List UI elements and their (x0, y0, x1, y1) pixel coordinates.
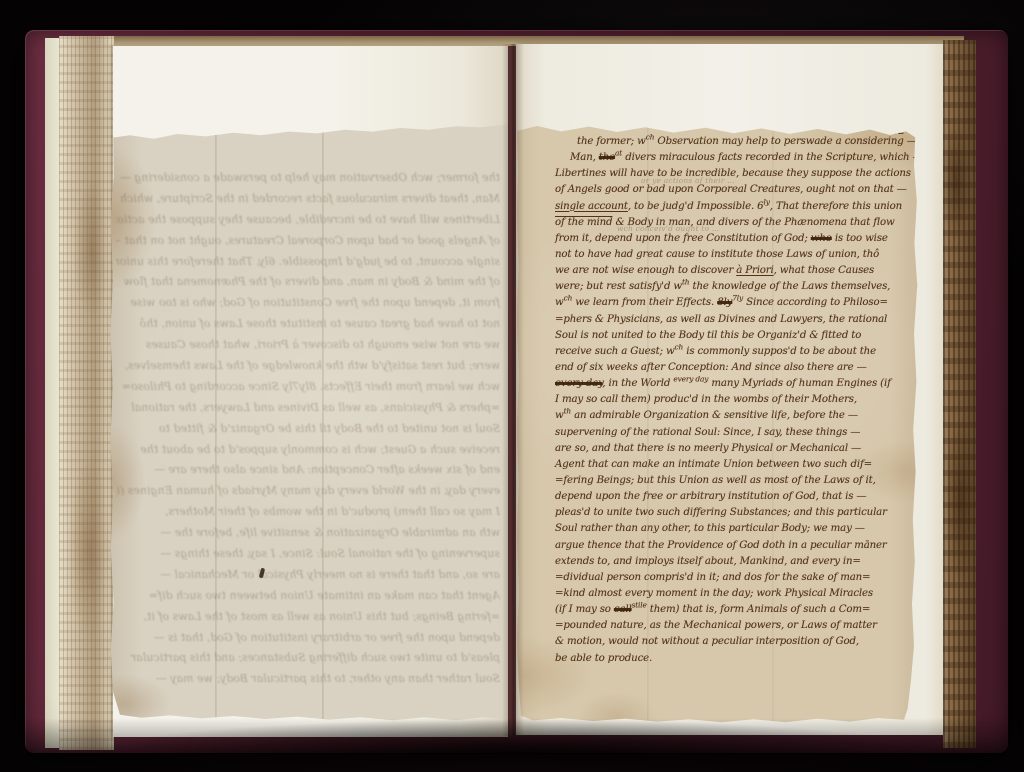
manuscript-line: pleas'd to unite two such differing Subs… (555, 505, 915, 521)
manuscript-line: (if I may so callstile them) that is, fo… (555, 602, 915, 618)
manuscript-line: Agent that can make an intimate Union be… (555, 457, 915, 473)
fold-crease (215, 122, 217, 722)
photo-backdrop: the former; wch Observation may help to … (0, 0, 1024, 772)
gutter-shadow (502, 44, 524, 736)
showthrough-line: end of six weeks after Conception: And s… (116, 460, 500, 481)
showthrough-line: wth an admirable Organization & sensitiv… (116, 523, 500, 544)
fold-crease (322, 122, 324, 722)
manuscript-line: I may so call them) produc'd in the womb… (555, 392, 915, 408)
showthrough-line: pleas'd to unite two such differing Subs… (116, 648, 500, 669)
manuscript-line: extends to, and imploys itself about, Ma… (555, 554, 915, 570)
showthrough-line: Soul rather than any other, to this part… (116, 669, 500, 690)
manuscript-line: =phers & Physicians, as well as Divines … (555, 312, 915, 328)
manuscript-line: =kind almost every moment in the day; wo… (555, 586, 915, 602)
manuscript-text: the former; wch Observation may help to … (555, 134, 915, 667)
manuscript-line: were; but rest satisfy'd wth the knowled… (555, 279, 915, 295)
showthrough-line: =phers & Physicians, as well as Divines … (116, 398, 500, 419)
manuscript-leaf-left: the former; wch Observation may help to … (110, 122, 508, 722)
manuscript-line: supervening of the rational Soul: Since,… (555, 425, 915, 441)
manuscript-line: Libertines will have to be incredible, b… (555, 166, 915, 182)
manuscript-line: Man, theat divers miraculous facts recor… (555, 150, 915, 166)
showthrough-line: are so, and that there is no meerly Phys… (116, 565, 500, 586)
fold-crease (772, 123, 774, 724)
endpaper-edge (45, 38, 60, 748)
showthrough-line: Soul is not united to the Body til this … (116, 419, 500, 440)
manuscript-line: we are not wise enough to discover à Pri… (555, 263, 915, 279)
showthrough-line: single account, to be judg'd Impossible.… (116, 252, 500, 273)
showthrough-line: every day, in the World every day many M… (116, 481, 500, 502)
showthrough-line: supervening of the rational Soul: Since,… (116, 544, 500, 565)
manuscript-line: of the mind & Body in man, and divers of… (555, 215, 915, 231)
manuscript-line: the former; wch Observation may help to … (555, 134, 915, 150)
showthrough-text: the former; wch Observation may help to … (116, 168, 500, 712)
interlinear-insertion: wch conceiv'd ought to … (617, 224, 720, 233)
manuscript-line: =dividual person compris'd in it; and do… (555, 570, 915, 586)
showthrough-line: =fering Beings; but this Union as well a… (116, 607, 500, 628)
manuscript-line: Soul rather than any other, to this part… (555, 521, 915, 537)
showthrough-line: Man, theat divers miraculous facts recor… (116, 189, 500, 210)
showthrough-line: wch we learn from their Effects. 8ly7ly … (116, 377, 500, 398)
manuscript-line: Soul is not united to the Body til this … (555, 328, 915, 344)
manuscript-line: every day, in the World every day many M… (555, 376, 915, 392)
showthrough-line: Libertines will have to be incredible, b… (116, 210, 500, 231)
bottom-shadow (25, 718, 1008, 754)
fold-crease (647, 123, 649, 724)
manuscript-line: & motion, would not without a peculiar i… (555, 634, 915, 650)
fore-edge-stack-left (59, 36, 114, 750)
showthrough-line: the former; wch Observation may help to … (116, 168, 500, 189)
manuscript-line: =pounded nature, as the Mechanical power… (555, 618, 915, 634)
manuscript-line: wth an admirable Organization & sensitiv… (555, 408, 915, 424)
showthrough-line: we are not wise enough to discover à Pri… (116, 335, 500, 356)
showthrough-line: receive such a Guest; wch is commonly su… (116, 440, 500, 461)
manuscript-line: are so, and that there is no meerly Phys… (555, 441, 915, 457)
showthrough-line: from it, depend upon the free Constituti… (116, 293, 500, 314)
manuscript-line: be able to produce. (555, 651, 915, 667)
manuscript-line: depend upon the free or arbitrary instit… (555, 489, 915, 505)
showthrough-line: Agent that can make an intimate Union be… (116, 586, 500, 607)
manuscript-line: of Angels good or bad upon Corporeal Cre… (555, 182, 915, 198)
manuscript-line: argue thence that the Providence of God … (555, 538, 915, 554)
manuscript-line: receive such a Guest; wch is commonly su… (555, 344, 915, 360)
manuscript-line: from it, depend upon the free Constituti… (555, 231, 915, 247)
interlinear-insertion: or ye actions of their … (641, 176, 735, 185)
manuscript-line: single account, to be judg'd Impossible.… (555, 199, 915, 215)
showthrough-line: of the mind & Body in man, and divers of… (116, 272, 500, 293)
showthrough-line: were; but rest satisfy'd wth the knowled… (116, 356, 500, 377)
manuscript-line: not to have had great cause to institute… (555, 247, 915, 263)
manuscript-leaf-right: 62 the former; wch Observation may help … (517, 123, 918, 724)
showthrough-line: of Angels good or bad upon Corporeal Cre… (116, 231, 500, 252)
manuscript-line: wch we learn from their Effects. 8ly7ly … (555, 295, 915, 311)
showthrough-line: I may so call them) produc'd in the womb… (116, 502, 500, 523)
manuscript-line: =fering Beings; but this Union as well a… (555, 473, 915, 489)
fore-edge-stack-right (943, 40, 976, 748)
showthrough-line: not to have had great cause to institute… (116, 314, 500, 335)
manuscript-line: end of six weeks after Conception: And s… (555, 360, 915, 376)
showthrough-line: depend upon the free or arbitrary instit… (116, 628, 500, 649)
